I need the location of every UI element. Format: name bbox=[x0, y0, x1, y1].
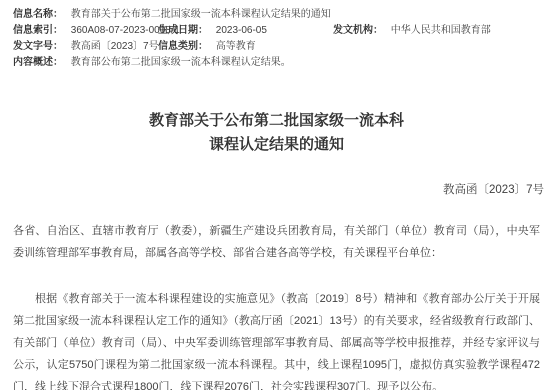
meta-agency-value: 中华人民共和国教育部 bbox=[391, 25, 491, 36]
meta-doc-no: 发文字号： 教高函〔2023〕7号 bbox=[13, 39, 159, 55]
meta-row-index-date-agency: 信息索引： 360A08-07-2023-0008-1 生成日期： 2023-0… bbox=[13, 23, 540, 39]
meta-agency: 发文机构： 中华人民共和国教育部 bbox=[333, 23, 491, 39]
meta-row-summary: 内容概述： 教育部公布第二批国家级一流本科课程认定结果。 bbox=[13, 55, 540, 71]
meta-agency-label: 发文机构： bbox=[333, 25, 388, 36]
meta-info-name: 信息名称： 教育部关于公布第二批国家级一流本科课程认定结果的通知 bbox=[13, 7, 331, 23]
document-number: 教高函〔2023〕7号 bbox=[0, 184, 544, 197]
salutation-paragraph: 各省、自治区、直辖市教育厅（教委），新疆生产建设兵团教育局，有关部门（单位）教育… bbox=[13, 220, 540, 264]
meta-summary-value: 教育部公布第二批国家级一流本科课程认定结果。 bbox=[71, 57, 291, 68]
meta-doc-no-label: 发文字号： bbox=[13, 41, 68, 52]
meta-row-info-name: 信息名称： 教育部关于公布第二批国家级一流本科课程认定结果的通知 bbox=[13, 7, 540, 23]
meta-category-value: 高等教育 bbox=[216, 41, 256, 52]
meta-gen-date: 生成日期： 2023-06-05 bbox=[158, 23, 267, 39]
meta-summary: 内容概述： 教育部公布第二批国家级一流本科课程认定结果。 bbox=[13, 55, 291, 71]
document-title-line-2: 课程认定结果的通知 bbox=[20, 133, 533, 157]
meta-info-index-label: 信息索引： bbox=[13, 25, 68, 36]
notice-document-page: 信息名称： 教育部关于公布第二批国家级一流本科课程认定结果的通知 信息索引： 3… bbox=[0, 0, 553, 390]
document-meta: 信息名称： 教育部关于公布第二批国家级一流本科课程认定结果的通知 信息索引： 3… bbox=[0, 0, 553, 71]
body-paragraph: 根据《教育部关于一流本科课程建设的实施意见》（教高〔2019〕8号）精神和《教育… bbox=[13, 288, 540, 390]
meta-gen-date-label: 生成日期： bbox=[158, 25, 213, 36]
meta-row-docno-category: 发文字号： 教高函〔2023〕7号 信息类别： 高等教育 bbox=[13, 39, 540, 55]
meta-gen-date-value: 2023-06-05 bbox=[216, 25, 267, 36]
meta-category: 信息类别： 高等教育 bbox=[158, 39, 256, 55]
meta-info-name-label: 信息名称： bbox=[13, 9, 68, 20]
document-title-line-1: 教育部关于公布第二批国家级一流本科 bbox=[20, 109, 533, 133]
meta-info-name-value: 教育部关于公布第二批国家级一流本科课程认定结果的通知 bbox=[71, 9, 331, 20]
meta-summary-label: 内容概述： bbox=[13, 57, 68, 68]
meta-category-label: 信息类别： bbox=[158, 41, 213, 52]
meta-info-index: 信息索引： 360A08-07-2023-0008-1 bbox=[13, 23, 180, 39]
meta-doc-no-value: 教高函〔2023〕7号 bbox=[71, 41, 159, 52]
document-title: 教育部关于公布第二批国家级一流本科 课程认定结果的通知 bbox=[20, 109, 533, 157]
